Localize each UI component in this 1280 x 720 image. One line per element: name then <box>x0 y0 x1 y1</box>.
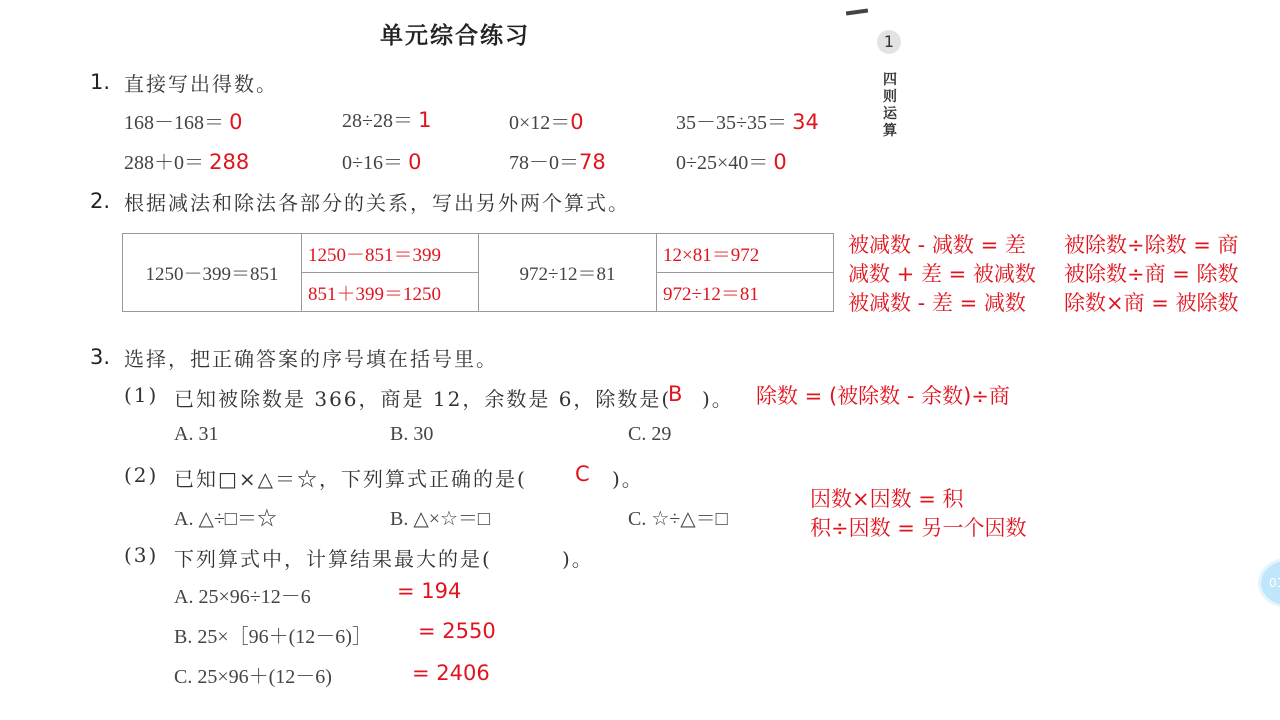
q3-sub1-option: C. 29 <box>628 423 671 446</box>
q3-sub2-note: 因数×因数 = 积 积÷因数 = 另一个因数 <box>810 485 1027 543</box>
q1-answer: 0 <box>570 110 583 134</box>
q1-answer: 0 <box>229 110 242 134</box>
side-char: 运 <box>883 106 897 122</box>
page-title: 单元综合练习 <box>380 17 530 50</box>
q1-expr: 35－35÷35＝ <box>676 112 787 134</box>
q3-sub2-text: 已知□×△＝☆，下列算式正确的是( <box>174 463 527 492</box>
q3-sub1-close: )。 <box>702 383 734 412</box>
q1-expr: 288＋0＝ <box>124 152 204 174</box>
answer-equation: 12×81＝972 <box>657 234 834 273</box>
q1-expr: 168－168＝ <box>124 112 224 134</box>
q1-answer: 1 <box>418 108 431 132</box>
given-equation: 1250－399＝851 <box>123 234 302 312</box>
q3-sub3-close: )。 <box>562 543 594 572</box>
pen-mark <box>846 8 868 15</box>
q3-prompt: 选择，把正确答案的序号填在括号里。 <box>124 343 498 372</box>
q1-expr: 0×12＝ <box>509 112 570 134</box>
q1-answer: 78 <box>579 150 606 174</box>
q3-sub3-result: = 2550 <box>418 619 496 643</box>
relation-table: 1250－399＝851 1250－851＝399 972÷12＝81 12×8… <box>122 233 834 312</box>
page-number-badge: 1 <box>877 30 901 54</box>
q3-sub2-option: A. △÷□＝☆ <box>174 502 277 531</box>
q3-sub1-option: B. 30 <box>390 423 433 446</box>
q3-sub2-option: C. ☆÷△＝□ <box>628 502 728 531</box>
answer-equation: 1250－851＝399 <box>302 234 479 273</box>
q3-sub1-note: 除数 = (被除数 - 余数)÷商 <box>756 382 1010 411</box>
answer-equation: 851＋399＝1250 <box>302 273 479 312</box>
q2-number: 2. <box>90 189 110 213</box>
chapter-side-label: 四 则 运 算 <box>882 72 898 140</box>
q1-answer: 288 <box>209 150 249 174</box>
side-char: 则 <box>883 89 897 105</box>
q2-prompt: 根据减法和除法各部分的关系，写出另外两个算式。 <box>124 187 630 216</box>
rule-line: 被除数÷商 = 除数 <box>1064 260 1239 289</box>
q1-number: 1. <box>90 70 110 94</box>
q1-expr: 0÷16＝ <box>342 152 403 174</box>
rule-line: 被除数÷除数 = 商 <box>1064 231 1239 260</box>
q1-item: 168－168＝ 0 <box>124 106 242 135</box>
side-char: 算 <box>883 123 897 139</box>
given-equation: 972÷12＝81 <box>479 234 657 312</box>
q3-sub2-option: B. △×☆＝□ <box>390 502 490 531</box>
q1-answer: 0 <box>773 150 786 174</box>
subtraction-rules-note: 被减数 - 减数 = 差 减数 + 差 = 被减数 被减数 - 差 = 减数 <box>848 231 1036 318</box>
division-rules-note: 被除数÷除数 = 商 被除数÷商 = 除数 除数×商 = 被除数 <box>1064 231 1239 318</box>
q1-item: 28÷28＝ 1 <box>342 104 431 133</box>
q3-sub2-answer: C <box>575 462 590 486</box>
rule-line: 减数 + 差 = 被减数 <box>848 260 1036 289</box>
q1-item: 0×12＝0 <box>509 106 584 135</box>
q1-expr: 78－0＝ <box>509 152 579 174</box>
q3-sub3-result: = 194 <box>397 579 461 603</box>
floating-page-button[interactable]: 01 <box>1258 558 1280 608</box>
q3-sub3-result: = 2406 <box>412 661 490 685</box>
q1-expr: 0÷25×40＝ <box>676 152 768 174</box>
rule-line: 因数×因数 = 积 <box>810 485 1027 514</box>
q1-answer: 0 <box>408 150 421 174</box>
q3-sub3-option: B. 25×［96＋(12－6)］ <box>174 620 372 649</box>
q3-sub1-text: 已知被除数是 366，商是 12，余数是 6，除数是( <box>174 383 671 412</box>
answer-equation: 972÷12＝81 <box>657 273 834 312</box>
q1-item: 78－0＝78 <box>509 146 606 175</box>
q3-sub2-label: (2) <box>124 463 158 487</box>
q3-number: 3. <box>90 345 110 369</box>
q3-sub3-text: 下列算式中，计算结果最大的是( <box>174 543 492 572</box>
rule-line: 被减数 - 减数 = 差 <box>848 231 1036 260</box>
q1-item: 35－35÷35＝ 34 <box>676 106 819 135</box>
side-char: 四 <box>883 72 897 88</box>
q1-item: 0÷25×40＝ 0 <box>676 146 787 175</box>
q3-sub1-option: A. 31 <box>174 423 218 446</box>
rule-line: 积÷因数 = 另一个因数 <box>810 514 1027 543</box>
q3-sub1-answer: B <box>668 382 682 406</box>
q3-sub3-label: (3) <box>124 543 158 567</box>
q1-prompt: 直接写出得数。 <box>124 68 278 97</box>
q1-answer: 34 <box>792 110 819 134</box>
rule-line: 除数×商 = 被除数 <box>1064 289 1239 318</box>
q3-sub1-label: (1) <box>124 383 158 407</box>
q1-expr: 28÷28＝ <box>342 110 413 132</box>
q1-item: 288＋0＝ 288 <box>124 146 249 175</box>
q3-sub2-close: )。 <box>612 463 644 492</box>
rule-line: 被减数 - 差 = 减数 <box>848 289 1036 318</box>
q3-sub3-option: C. 25×96＋(12－6) <box>174 660 332 689</box>
q1-item: 0÷16＝ 0 <box>342 146 421 175</box>
q3-sub3-option: A. 25×96÷12－6 <box>174 580 311 609</box>
